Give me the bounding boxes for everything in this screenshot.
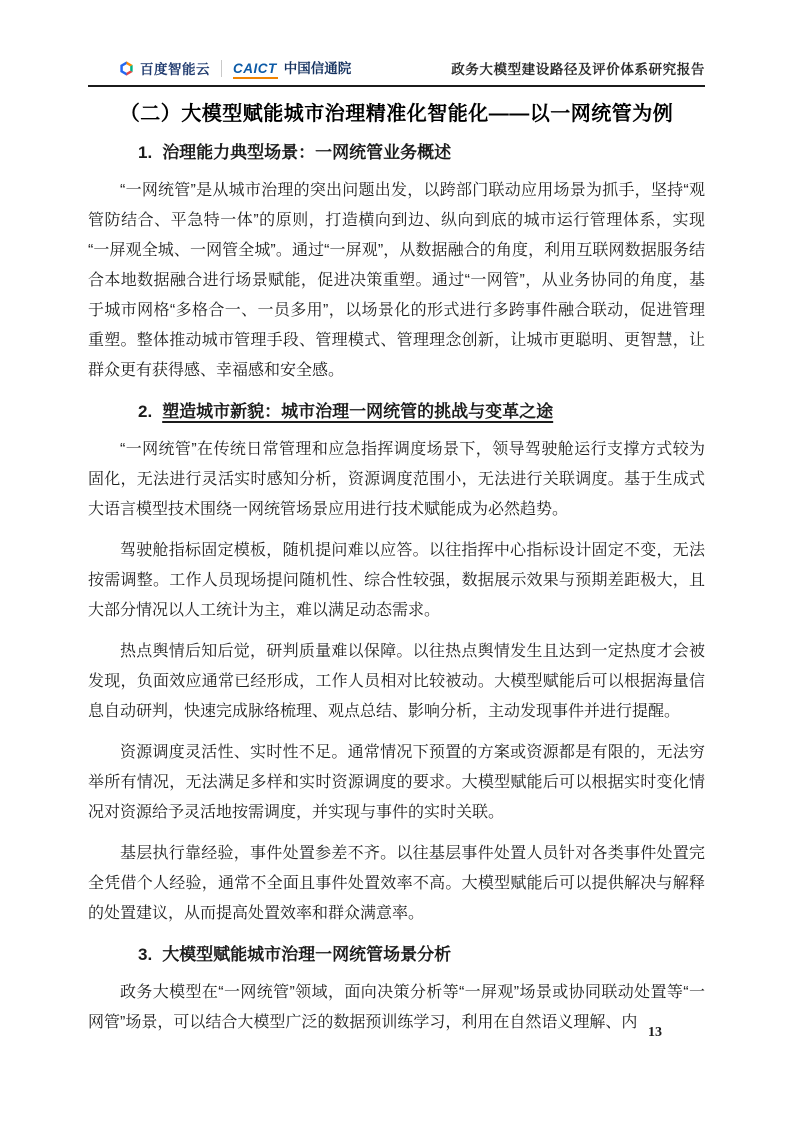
section-heading-1: 1.治理能力典型场景：一网统管业务概述	[88, 141, 705, 165]
paragraph: 政务大模型在“一网统管”领域，面向决策分析等“一屏观”场景或协同联动处置等“一网…	[88, 978, 705, 1038]
caict-logo-en-text: CAICT	[233, 61, 278, 79]
section-heading-text: 塑造城市新貌：城市治理一网统管的挑战与变革之途	[162, 402, 553, 421]
page-number: 13	[648, 1025, 662, 1041]
section-number: 3.	[138, 945, 152, 964]
section-number: 2.	[138, 402, 152, 421]
section-heading-3: 3.大模型赋能城市治理一网统管场景分析	[88, 943, 705, 967]
paragraph: 资源调度灵活性、实时性不足。通常情况下预置的方案或资源都是有限的，无法穷举所有情…	[88, 738, 705, 828]
section-heading-text: 大模型赋能城市治理一网统管场景分析	[162, 945, 451, 964]
baidu-cloud-logo: 百度智能云	[118, 58, 210, 78]
report-title: 政务大模型建设路径及评价体系研究报告	[451, 58, 705, 78]
paragraph: 热点舆情后知后觉，研判质量难以保障。以往热点舆情发生且达到一定热度才会被发现，负…	[88, 637, 705, 727]
paragraph: “一网统管”在传统日常管理和应急指挥调度场景下，领导驾驶舱运行支撑方式较为固化，…	[88, 435, 705, 525]
section-number: 1.	[138, 143, 152, 162]
paragraph: 驾驶舱指标固定模板，随机提问难以应答。以往指挥中心指标设计固定不变，无法按需调整…	[88, 536, 705, 626]
document-page: 百度智能云 CAICT 中国信通院 政务大模型建设路径及评价体系研究报告 （二）…	[0, 0, 793, 1122]
paragraph: 基层执行靠经验，事件处置参差不齐。以往基层事件处置人员针对各类事件处置完全凭借个…	[88, 839, 705, 929]
page-title: （二）大模型赋能城市治理精准化智能化——以一网统管为例	[88, 101, 705, 127]
logo-group: 百度智能云 CAICT 中国信通院	[118, 57, 351, 79]
baidu-cloud-logo-text: 百度智能云	[140, 58, 210, 78]
section-heading-text: 治理能力典型场景：一网统管业务概述	[162, 143, 451, 162]
baidu-cloud-logo-icon	[118, 60, 135, 77]
paragraph: “一网统管”是从城市治理的突出问题出发，以跨部门联动应用场景为抓手，坚持“观管防…	[88, 176, 705, 386]
header-rule	[88, 85, 705, 87]
logo-divider	[221, 60, 222, 77]
caict-logo: CAICT 中国信通院	[233, 57, 351, 79]
page-header: 百度智能云 CAICT 中国信通院 政务大模型建设路径及评价体系研究报告	[88, 54, 705, 82]
section-heading-2: 2.塑造城市新貌：城市治理一网统管的挑战与变革之途	[88, 400, 705, 424]
caict-logo-cn-text: 中国信通院	[284, 57, 352, 77]
